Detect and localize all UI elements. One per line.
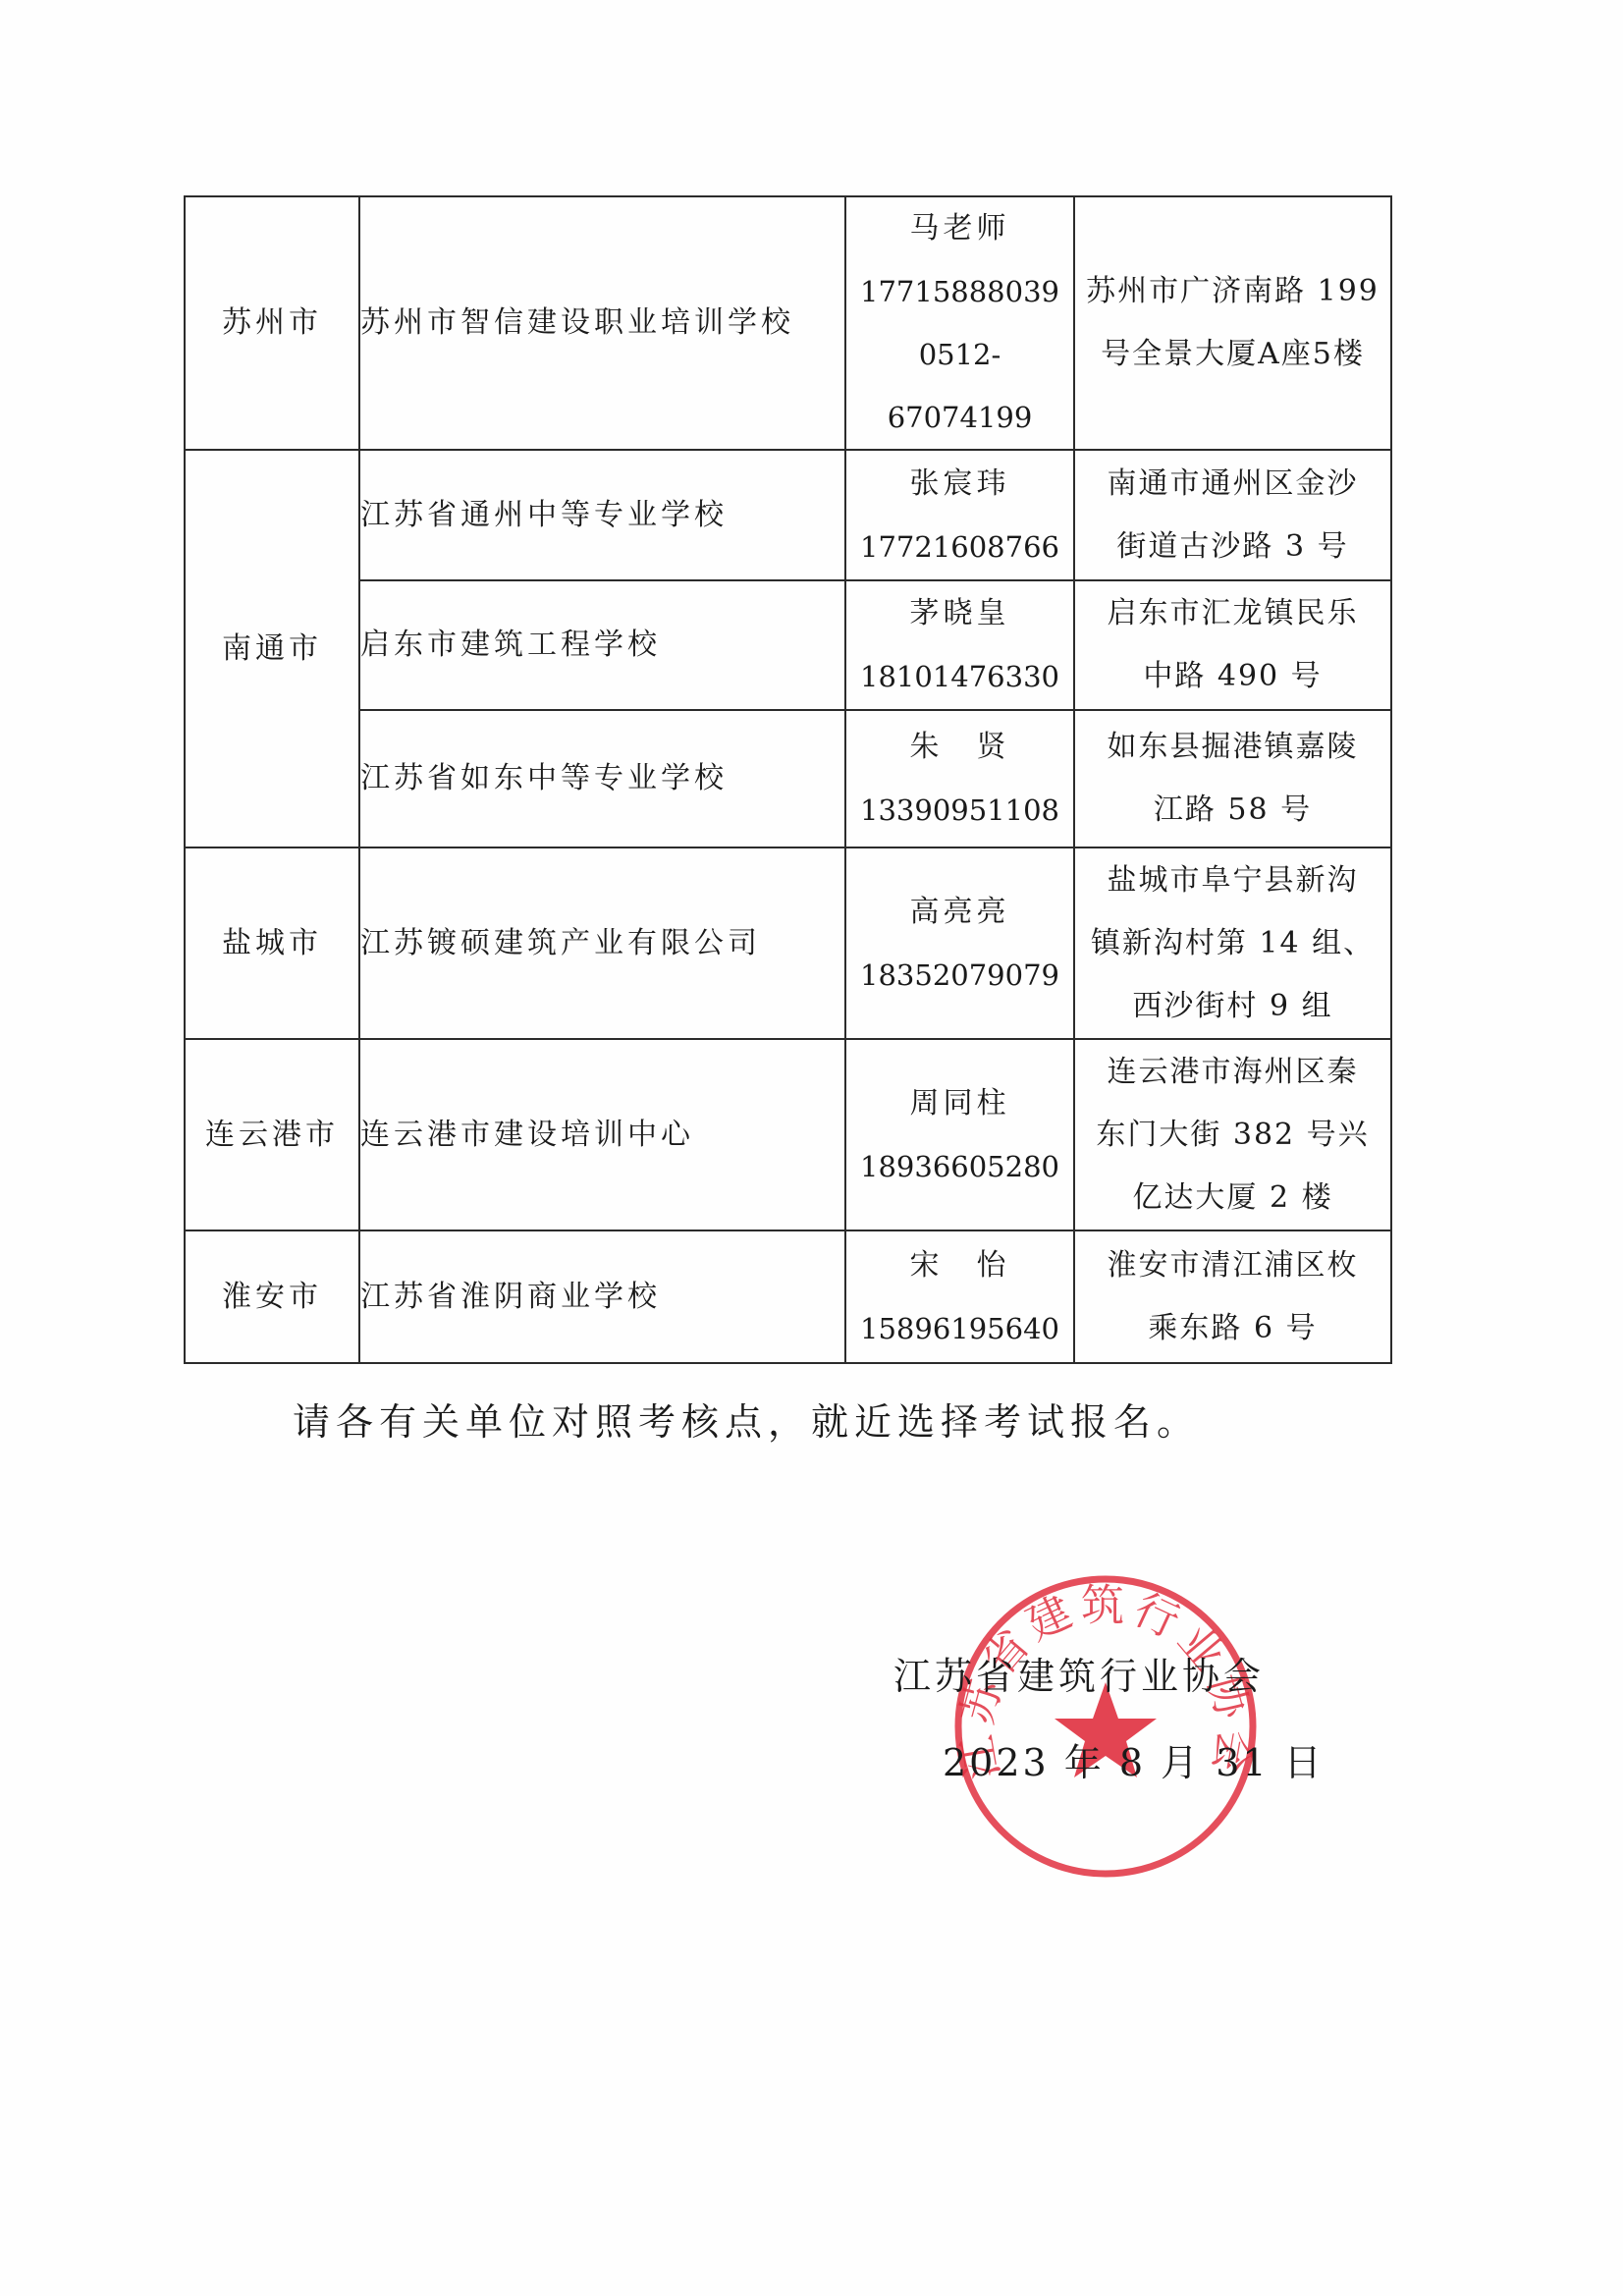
contact-phone: 18936605280 xyxy=(846,1135,1073,1198)
table-row: 连云港市 连云港市建设培训中心 周同柱 18936605280 连云港市海州区秦… xyxy=(185,1039,1391,1230)
address-line: 南通市通州区金沙 xyxy=(1075,453,1390,516)
address-line: 启东市汇龙镇民乐 xyxy=(1075,582,1390,645)
contact-name: 周同柱 xyxy=(846,1072,1073,1135)
address-line: 中路 490 号 xyxy=(1075,645,1390,708)
organization-cell: 连云港市建设培训中心 xyxy=(359,1039,845,1230)
address-line: 苏州市广济南路 199 xyxy=(1075,260,1390,323)
address-line: 镇新沟村第 14 组、 xyxy=(1075,912,1390,975)
address-line: 江路 58 号 xyxy=(1075,779,1390,842)
contact-name: 朱 贤 xyxy=(846,716,1073,779)
exam-site-table: 苏州市 苏州市智信建设职业培训学校 马老师 17715888039 0512-6… xyxy=(184,195,1392,1364)
contact-cell: 张宸玮 17721608766 xyxy=(845,450,1074,580)
address-cell: 苏州市广济南路 199 号全景大厦A座5楼 xyxy=(1074,196,1391,450)
official-seal-icon: 江苏省建筑行业协会 xyxy=(948,1569,1263,1884)
contact-phone: 15896195640 xyxy=(846,1297,1073,1360)
address-cell: 连云港市海州区秦 东门大街 382 号兴 亿达大厦 2 楼 xyxy=(1074,1039,1391,1230)
contact-cell: 周同柱 18936605280 xyxy=(845,1039,1074,1230)
table-row: 苏州市 苏州市智信建设职业培训学校 马老师 17715888039 0512-6… xyxy=(185,196,1391,450)
table-row: 淮安市 江苏省淮阴商业学校 宋 怡 15896195640 淮安市清江浦区枚 乘… xyxy=(185,1230,1391,1363)
organization-cell: 江苏省通州中等专业学校 xyxy=(359,450,845,580)
organization-cell: 苏州市智信建设职业培训学校 xyxy=(359,196,845,450)
contact-phone: 18352079079 xyxy=(846,944,1073,1007)
issuing-organization: 江苏省建筑行业协会 xyxy=(893,1652,1265,1701)
address-cell: 启东市汇龙镇民乐 中路 490 号 xyxy=(1074,580,1391,710)
document-page: 苏州市 苏州市智信建设职业培训学校 马老师 17715888039 0512-6… xyxy=(0,0,1623,2296)
contact-phone: 0512-67074199 xyxy=(846,323,1073,449)
contact-name: 宋 怡 xyxy=(846,1234,1073,1297)
address-line: 东门大街 382 号兴 xyxy=(1075,1104,1390,1167)
address-line: 淮安市清江浦区枚 xyxy=(1075,1234,1390,1297)
address-line: 连云港市海州区秦 xyxy=(1075,1041,1390,1104)
contact-phone: 18101476330 xyxy=(846,645,1073,708)
city-cell: 淮安市 xyxy=(185,1230,359,1363)
closing-instruction: 请各有关单位对照考核点，就近选择考试报名。 xyxy=(293,1393,1200,1451)
city-cell: 苏州市 xyxy=(185,196,359,450)
table-row: 江苏省如东中等专业学校 朱 贤 13390951108 如东县掘港镇嘉陵 江路 … xyxy=(185,710,1391,847)
organization-cell: 江苏省淮阴商业学校 xyxy=(359,1230,845,1363)
address-line: 亿达大厦 2 楼 xyxy=(1075,1167,1390,1230)
city-cell: 盐城市 xyxy=(185,847,359,1039)
city-cell: 连云港市 xyxy=(185,1039,359,1230)
table-row: 南通市 江苏省通州中等专业学校 张宸玮 17721608766 南通市通州区金沙… xyxy=(185,450,1391,580)
table-row: 盐城市 江苏镀硕建筑产业有限公司 高亮亮 18352079079 盐城市阜宁县新… xyxy=(185,847,1391,1039)
address-line: 号全景大厦A座5楼 xyxy=(1075,323,1390,386)
address-cell: 淮安市清江浦区枚 乘东路 6 号 xyxy=(1074,1230,1391,1363)
issue-date: 2023 年 8 月 31 日 xyxy=(943,1738,1325,1787)
address-line: 如东县掘港镇嘉陵 xyxy=(1075,716,1390,779)
address-line: 街道古沙路 3 号 xyxy=(1075,516,1390,578)
contact-phone: 17721608766 xyxy=(846,516,1073,578)
address-cell: 南通市通州区金沙 街道古沙路 3 号 xyxy=(1074,450,1391,580)
contact-name: 高亮亮 xyxy=(846,881,1073,944)
table-row: 启东市建筑工程学校 茅晓皇 18101476330 启东市汇龙镇民乐 中路 49… xyxy=(185,580,1391,710)
organization-cell: 启东市建筑工程学校 xyxy=(359,580,845,710)
contact-cell: 马老师 17715888039 0512-67074199 xyxy=(845,196,1074,450)
city-cell: 南通市 xyxy=(185,450,359,847)
contact-phone: 13390951108 xyxy=(846,779,1073,842)
contact-cell: 茅晓皇 18101476330 xyxy=(845,580,1074,710)
contact-cell: 高亮亮 18352079079 xyxy=(845,847,1074,1039)
address-line: 西沙街村 9 组 xyxy=(1075,975,1390,1038)
contact-name: 茅晓皇 xyxy=(846,582,1073,645)
contact-phone: 17715888039 xyxy=(846,260,1073,323)
contact-cell: 宋 怡 15896195640 xyxy=(845,1230,1074,1363)
organization-cell: 江苏镀硕建筑产业有限公司 xyxy=(359,847,845,1039)
address-cell: 盐城市阜宁县新沟 镇新沟村第 14 组、 西沙街村 9 组 xyxy=(1074,847,1391,1039)
contact-name: 张宸玮 xyxy=(846,453,1073,516)
address-cell: 如东县掘港镇嘉陵 江路 58 号 xyxy=(1074,710,1391,847)
contact-name: 马老师 xyxy=(846,197,1073,260)
contact-cell: 朱 贤 13390951108 xyxy=(845,710,1074,847)
address-line: 盐城市阜宁县新沟 xyxy=(1075,849,1390,912)
organization-cell: 江苏省如东中等专业学校 xyxy=(359,710,845,847)
address-line: 乘东路 6 号 xyxy=(1075,1297,1390,1360)
